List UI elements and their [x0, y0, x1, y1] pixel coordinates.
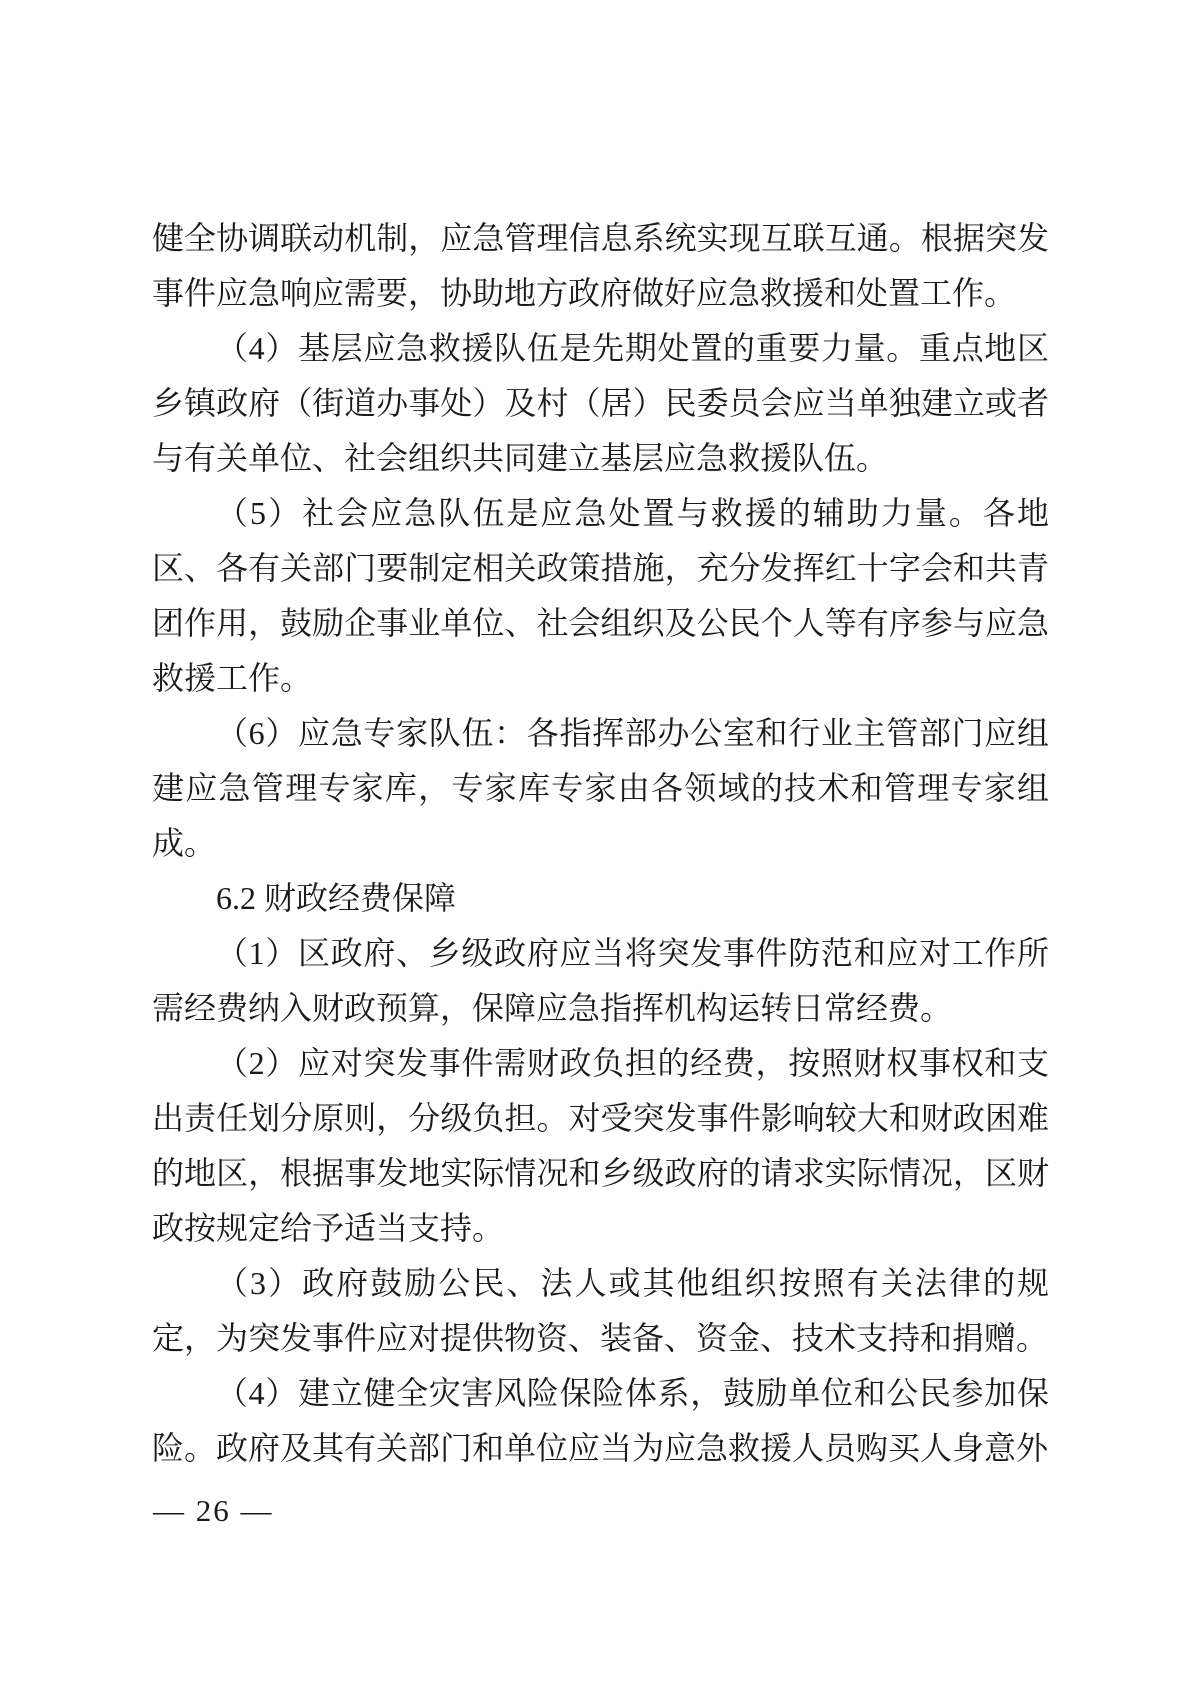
- page-number: — 26 —: [153, 1493, 274, 1529]
- body-paragraph-item-1-budget: （1）区政府、乡级政府应当将突发事件防范和应对工作所需经费纳入财政预算，保障应急…: [152, 926, 1049, 1036]
- document-page: 健全协调联动机制，应急管理信息系统实现互联互通。根据突发事件应急响应需要，协助地…: [0, 0, 1190, 1683]
- body-paragraph-item-5-social-teams: （5）社会应急队伍是应急处置与救援的辅助力量。各地区、各有关部门要制定相关政策措…: [152, 486, 1049, 706]
- body-paragraph-continuation: 健全协调联动机制，应急管理信息系统实现互联互通。根据突发事件应急响应需要，协助地…: [152, 211, 1049, 321]
- section-heading-6-2: 6.2 财政经费保障: [152, 871, 1049, 926]
- body-paragraph-item-6-expert-teams: （6）应急专家队伍：各指挥部办公室和行业主管部门应组建应急管理专家库，专家库专家…: [152, 706, 1049, 871]
- body-paragraph-item-3-donations: （3）政府鼓励公民、法人或其他组织按照有关法律的规定，为突发事件应对提供物资、装…: [152, 1256, 1049, 1366]
- body-paragraph-item-4-rescue-teams: （4）基层应急救援队伍是先期处置的重要力量。重点地区乡镇政府（街道办事处）及村（…: [152, 321, 1049, 486]
- body-paragraph-item-2-expense-sharing: （2）应对突发事件需财政负担的经费，按照财权事权和支出责任划分原则，分级负担。对…: [152, 1036, 1049, 1256]
- document-body: 健全协调联动机制，应急管理信息系统实现互联互通。根据突发事件应急响应需要，协助地…: [152, 211, 1049, 1476]
- body-paragraph-item-4-insurance: （4）建立健全灾害风险保险体系，鼓励单位和公民参加保险。政府及其有关部门和单位应…: [152, 1366, 1049, 1476]
